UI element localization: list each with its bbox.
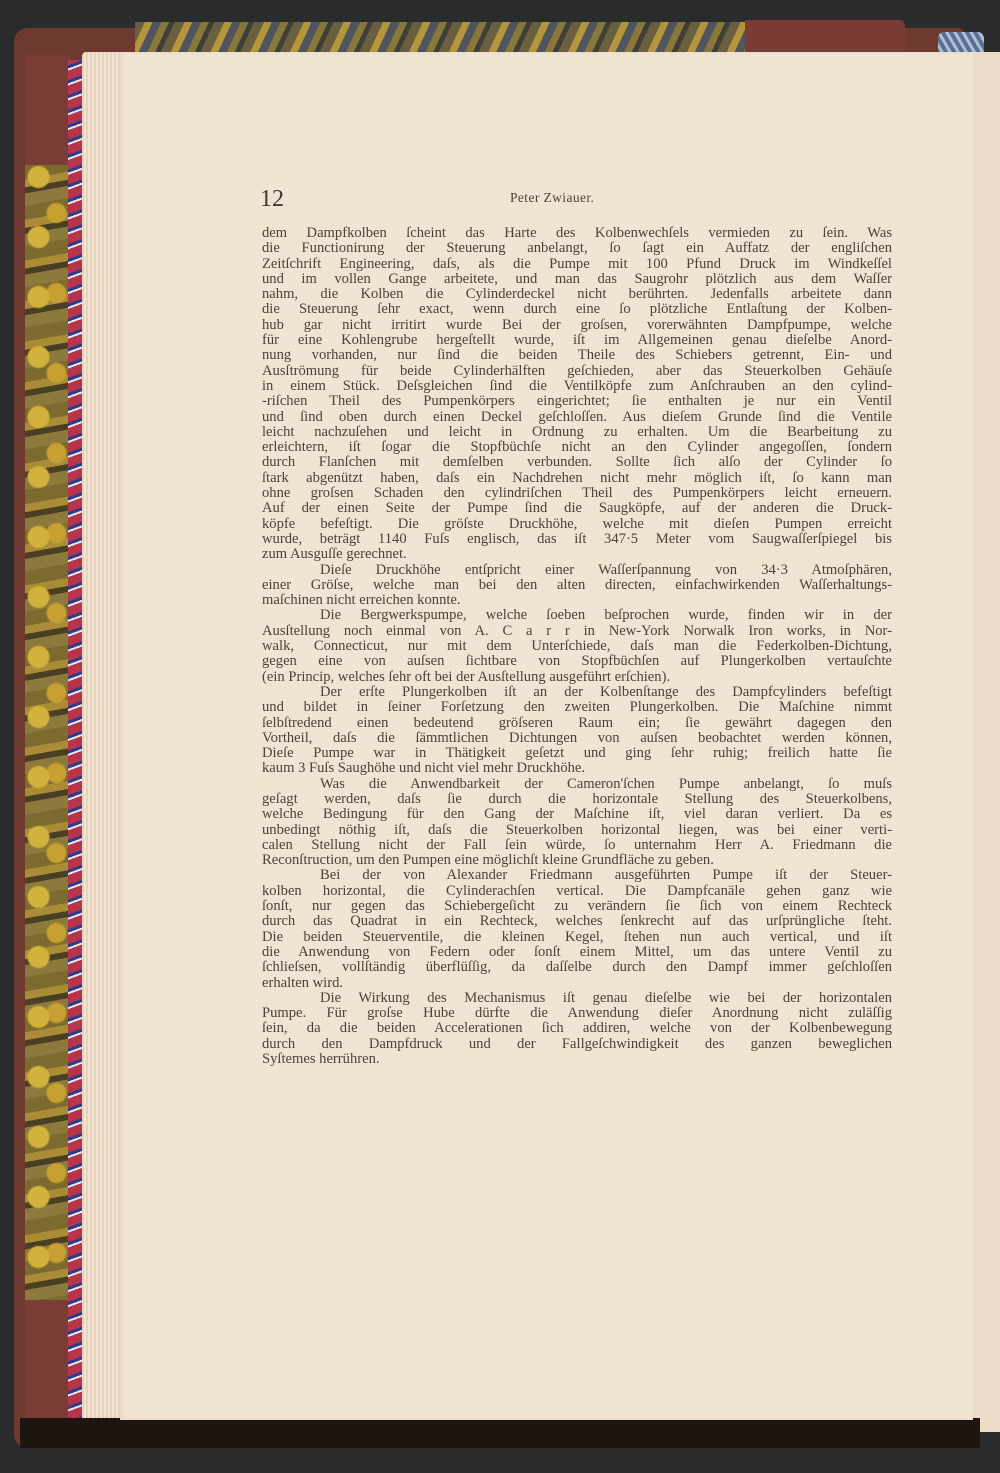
text-line: zum Ausguſſe gerechnet.: [262, 547, 892, 562]
spine-marbled-paper: [25, 165, 70, 1305]
text-line: wurde, beträgt 1140 Fuſs englisch, das i…: [262, 532, 892, 547]
text-line: leicht nachzuſehen und leicht in Ordnung…: [262, 425, 892, 440]
text-line: in einem Stück. Deſsgleichen ſind die Ve…: [262, 379, 892, 394]
text-line: ohne groſsen Schaden den cylindriſchen T…: [262, 486, 892, 501]
text-line: Reconſtruction, um den Pumpen eine mögli…: [262, 853, 892, 868]
text-line: durch das Quadrat in ein Rechteck, welch…: [262, 914, 892, 929]
text-line: dem Dampfkolben ſcheint das Harte des Ko…: [262, 226, 892, 241]
marbled-page-edge: [68, 60, 82, 1430]
text-line: maſchinen nicht erreichen konnte.: [262, 593, 892, 608]
text-line: hub gar nicht irritirt wurde Bei der gro…: [262, 318, 892, 333]
text-line: die Steuerung ſehr exact, wenn durch ein…: [262, 302, 892, 317]
text-line: welche Bedingung für den Gang der Maſchi…: [262, 807, 892, 822]
spine-leather-top: [25, 55, 70, 167]
book-bottom-edge: [20, 1418, 980, 1448]
text-line: Ausſtrömung für beide Cylinderhälften ge…: [262, 364, 892, 379]
text-line: durch Flanſchen mit demſelben verbunden.…: [262, 455, 892, 470]
text-line: geſagt werden, daſs ſie durch die horizo…: [262, 792, 892, 807]
text-line: nung vorhanden, nur ſind die beiden Thei…: [262, 348, 892, 363]
text-line: (ein Princip, welches ſehr oft bei der A…: [262, 670, 892, 685]
text-line: durch den Dampfdruck und der Fallgeſchwi…: [262, 1037, 892, 1052]
text-line: walk, Connecticut, nur mit dem Unterſchi…: [262, 639, 892, 654]
text-line: Die Bergwerkspumpe, welche ſoeben beſpro…: [262, 608, 892, 623]
cover-marbled-paper: [135, 22, 745, 54]
text-line: Was die Anwendbarkeit der Cameron'ſchen …: [262, 777, 892, 792]
text-line: unbedingt nöthig iſt, daſs die Steuerkol…: [262, 823, 892, 838]
spine-leather-bottom: [25, 1300, 70, 1430]
text-line: die Anwendung von Federn oder ſonſt eine…: [262, 945, 892, 960]
text-line: Vortheil, daſs die ſämmtlichen Dichtunge…: [262, 731, 892, 746]
text-line: ſelbſtredend einen bedeutend gröſseren R…: [262, 716, 892, 731]
text-line: ſonſt, nur gegen das Schiebergeſicht zu …: [262, 899, 892, 914]
text-line: erhalten wird.: [262, 976, 892, 991]
text-line: calen Stellung nicht der Fall ſein würde…: [262, 838, 892, 853]
text-line: -riſchen Theil des Pumpenkörpers eingeri…: [262, 394, 892, 409]
text-line: Dieſe Pumpe war in Thätigkeit geſetzt un…: [262, 746, 892, 761]
text-line: Bei der von Alexander Friedmann ausgefüh…: [262, 868, 892, 883]
text-line: Der erſte Plungerkolben iſt an der Kolbe…: [262, 685, 892, 700]
text-line: ſtark abgenützt haben, daſs ein Nachdreh…: [262, 471, 892, 486]
text-line: erleichtern, iſt ſogar die Stopfbüchſe n…: [262, 440, 892, 455]
text-line: Die Wirkung des Mechanismus iſt genau di…: [262, 991, 892, 1006]
text-line: Syſtemes herrühren.: [262, 1052, 892, 1067]
body-text: dem Dampfkolben ſcheint das Harte des Ko…: [262, 226, 892, 1067]
text-line: und im vollen Gange arbeitete, und man d…: [262, 272, 892, 287]
text-line: kaum 3 Fuſs Saughöhe und nicht viel mehr…: [262, 761, 892, 776]
text-line: Zeitſchrift Engineering, daſs, als die P…: [262, 257, 892, 272]
text-line: und ſind oben durch einen Deckel geſchlo…: [262, 410, 892, 425]
text-line: ſein, da die beiden Accelerationen ſich …: [262, 1021, 892, 1036]
text-line: Ausſtellung noch einmal von A. C a r r i…: [262, 624, 892, 639]
text-line: nahm, die Kolben die Cylinderdeckel nich…: [262, 287, 892, 302]
text-line: die Functionirung der Steuerung anbelang…: [262, 241, 892, 256]
text-line: köpfe befeſtigt. Die gröſste Druckhöhe, …: [262, 517, 892, 532]
cover-leather-corner: [745, 20, 905, 56]
running-head: 12 Peter Zwiauer.: [260, 186, 910, 216]
text-line: Die beiden Steuerventile, die kleinen Ke…: [262, 930, 892, 945]
text-line: gegen eine von auſsen ſichtbare von Stop…: [262, 654, 892, 669]
text-line: kolben horizontal, die Cylinderachſen ve…: [262, 884, 892, 899]
text-line: Auf der einen Seite der Pumpe ſind die S…: [262, 501, 892, 516]
text-line: ſchlieſsen, vollſtändig überflüſſig, da …: [262, 960, 892, 975]
page-number: 12: [260, 186, 284, 213]
text-line: und bildet in ſeiner Forſetzung den zwei…: [262, 700, 892, 715]
text-line: für eine Kohlengrube hergeſtellt wurde, …: [262, 333, 892, 348]
text-line: Dieſe Druckhöhe entſpricht einer Waſſerſ…: [262, 563, 892, 578]
text-line: einer Gröſse, welche man bei den alten d…: [262, 578, 892, 593]
running-header-title: Peter Zwiauer.: [510, 190, 594, 206]
text-line: Pumpe. Für groſse Hube dürfte die Anwend…: [262, 1006, 892, 1021]
